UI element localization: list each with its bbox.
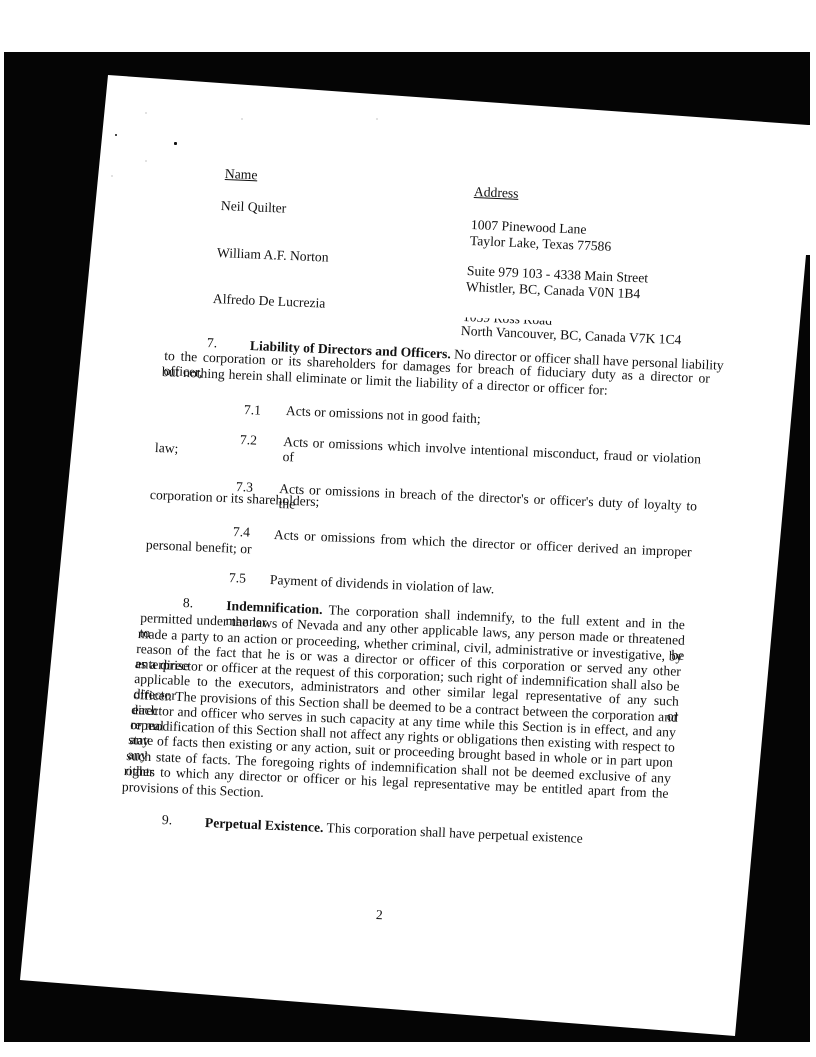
item-7-4-number: 7.4 <box>233 524 251 540</box>
name-column-header: Name <box>225 166 258 182</box>
page-number: 2 <box>376 907 383 922</box>
item-7-2-continuation: law; <box>155 440 179 456</box>
item-7-4-text: Acts or omissions from which the directo… <box>274 527 692 559</box>
signer-name: William A.F. Norton <box>217 245 329 265</box>
scan-speck <box>115 134 117 136</box>
document-page: Name Address Neil Quilter 1007 Pinewood … <box>0 0 816 1057</box>
section-9-text: This corporation shall have perpetual ex… <box>326 820 583 846</box>
scan-speck <box>376 118 378 120</box>
address-column-header: Address <box>474 184 519 201</box>
scan-speck <box>111 175 113 177</box>
item-7-1-text: Acts or omissions not in good faith; <box>286 403 481 426</box>
item-7-3-text: Acts or omissions in breach of the direc… <box>278 481 697 528</box>
item-7-2-number: 7.2 <box>240 432 258 448</box>
signer-address-line2: North Vancouver, BC, Canada V7K 1C4 <box>461 323 682 347</box>
section-7-number: 7. <box>207 335 218 350</box>
item-7-4-continuation: personal benefit; or <box>146 537 252 556</box>
scan-speck <box>174 142 177 145</box>
section-9-number: 9. <box>162 812 173 827</box>
signer-address-line2: Taylor Lake, Texas 77586 <box>470 233 612 254</box>
signer-name: Neil Quilter <box>221 198 287 216</box>
scan-speck <box>145 160 147 162</box>
signer-name: Alfredo De Lucrezia <box>213 291 326 311</box>
section-9-heading: Perpetual Existence. <box>205 815 324 835</box>
item-7-2-text: Acts or omissions which involve intentio… <box>282 434 701 481</box>
scan-speck <box>241 118 243 120</box>
scan-speck <box>145 112 147 114</box>
section-8-number: 8. <box>183 595 194 610</box>
item-7-5-number: 7.5 <box>229 570 247 586</box>
section-9-line: Perpetual Existence. This corporation sh… <box>205 815 583 846</box>
item-7-1-number: 7.1 <box>244 402 262 418</box>
item-7-5-text: Payment of dividends in violation of law… <box>270 572 495 596</box>
